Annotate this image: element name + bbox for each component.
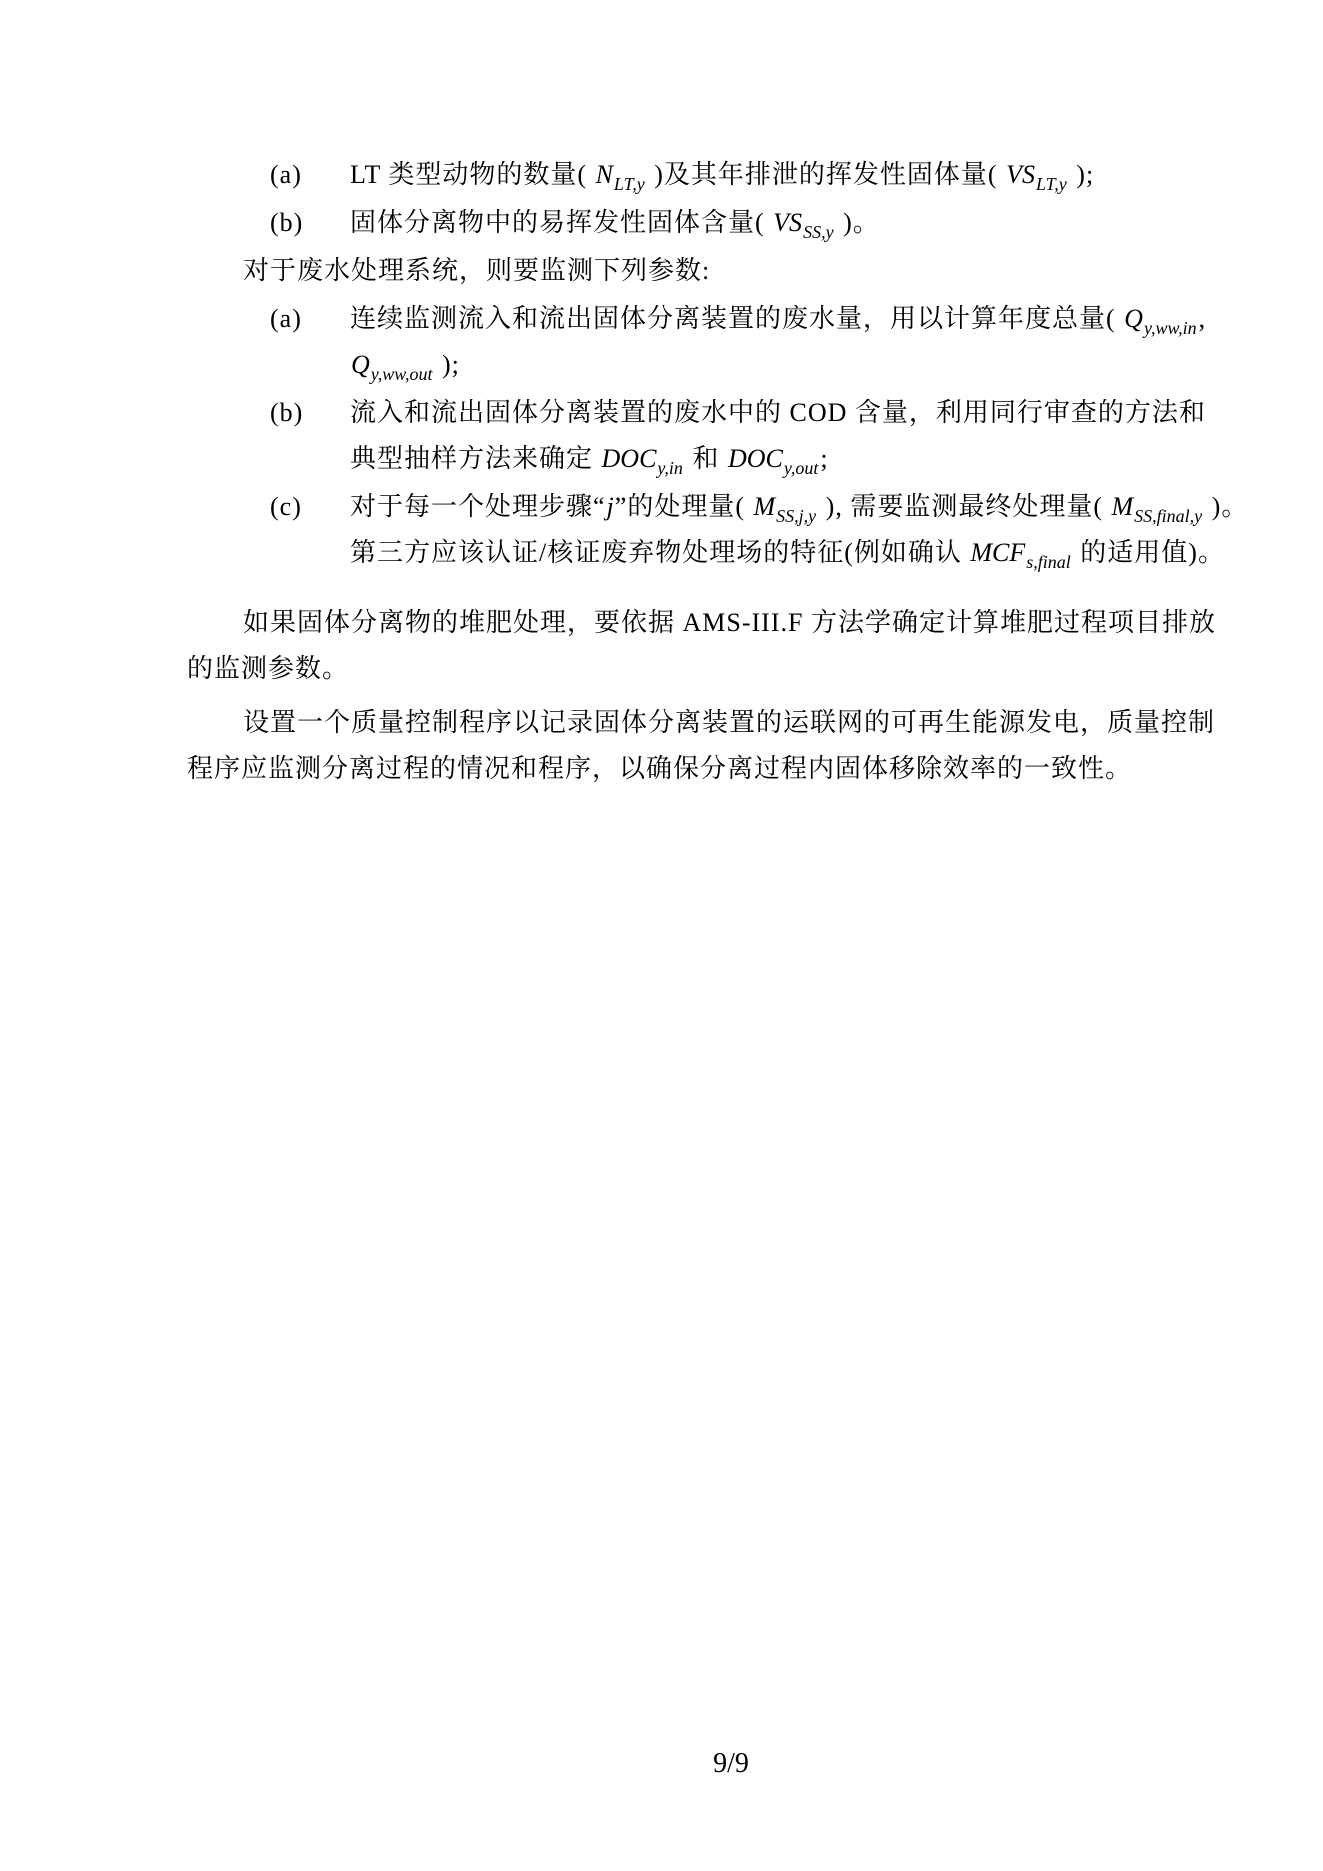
paragraph-wastewater-intro: 对于废水处理系统，则要监测下列参数: [187, 248, 1323, 294]
list-marker: (b) [270, 200, 350, 246]
list-item-treatment-step: (c) 对于每一个处理步骤“j”的处理量( MSS,j,y ), 需要监测最终处… [270, 484, 1323, 576]
list-marker: (a) [270, 296, 350, 388]
list-item-animal-count: (a) LT 类型动物的数量( NLT,y )及其年排泄的挥发性固体量( VSL… [270, 152, 1323, 198]
list-marker: (a) [270, 152, 350, 198]
list-item-text: 流入和流出固体分离装置的废水中的 COD 含量，利用同行审查的方法和典型抽样方法… [350, 390, 1283, 482]
list-marker: (c) [270, 484, 350, 576]
paragraph-quality-control: 设置一个质量控制程序以记录固体分离装置的运联网的可再生能源发电，质量控制程序应监… [187, 700, 1323, 792]
document-body: (a) LT 类型动物的数量( NLT,y )及其年排泄的挥发性固体量( VSL… [0, 152, 1323, 794]
list-item-text: 对于每一个处理步骤“j”的处理量( MSS,j,y ), 需要监测最终处理量( … [350, 484, 1283, 576]
footer-page-number: 9/9 [713, 1741, 749, 1787]
list-item-cod-content: (b) 流入和流出固体分离装置的废水中的 COD 含量，利用同行审查的方法和典型… [270, 390, 1323, 482]
list-item-flow-monitoring: (a) 连续监测流入和流出固体分离装置的废水量，用以计算年度总量( Qy,ww,… [270, 296, 1323, 388]
list-item-text: LT 类型动物的数量( NLT,y )及其年排泄的挥发性固体量( VSLT,y … [350, 152, 1283, 198]
list-item-volatile-solids: (b) 固体分离物中的易挥发性固体含量( VSSS,y )。 [270, 200, 1323, 246]
document-page: (a) LT 类型动物的数量( NLT,y )及其年排泄的挥发性固体量( VSL… [0, 0, 1323, 1871]
list-marker: (b) [270, 390, 350, 482]
paragraph-composting: 如果固体分离物的堆肥处理，要依据 AMS-III.F 方法学确定计算堆肥过程项目… [187, 600, 1323, 692]
list-item-text: 连续监测流入和流出固体分离装置的废水量，用以计算年度总量( Qy,ww,in,Q… [350, 296, 1283, 388]
list-item-text: 固体分离物中的易挥发性固体含量( VSSS,y )。 [350, 200, 1283, 246]
